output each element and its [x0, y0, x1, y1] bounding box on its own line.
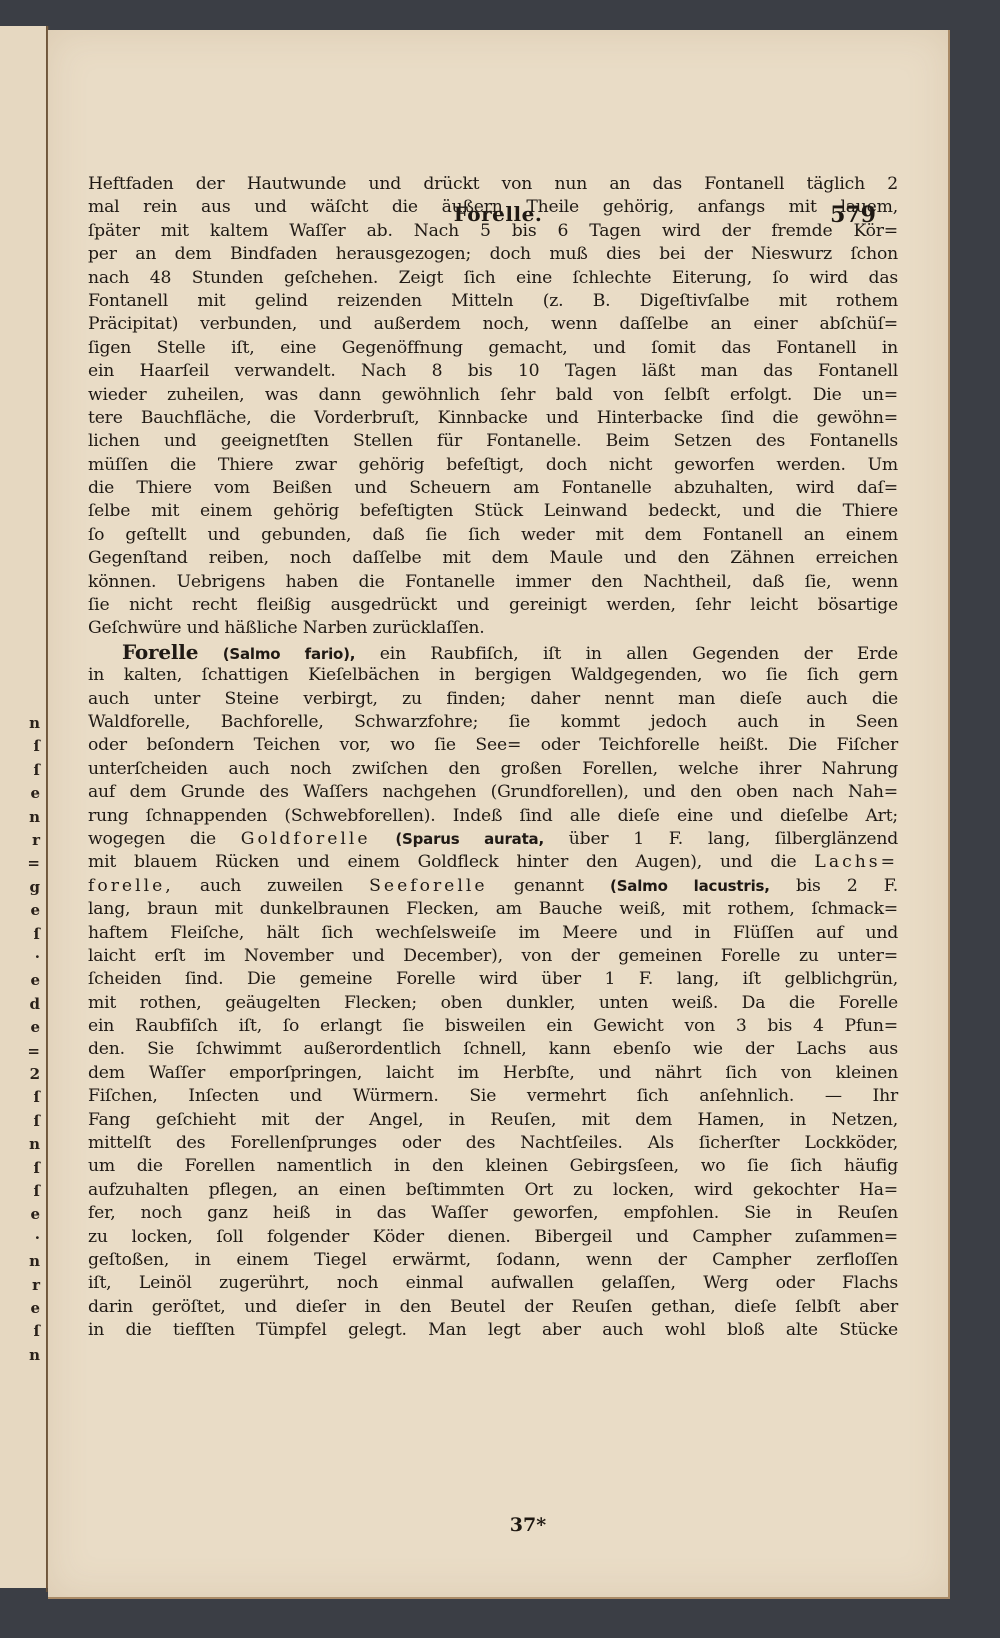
spaced-term: Lachs=	[814, 852, 898, 872]
text-line: Fontanell mit gelind reizenden Mitteln (…	[88, 290, 898, 313]
prev-page-line-fragment: r	[32, 833, 40, 848]
prev-page-line-fragment: n	[29, 1137, 40, 1152]
prev-page-line-fragment: n	[29, 1348, 40, 1363]
prev-page-line-fragment: ſ	[34, 739, 40, 754]
prev-page-line-fragment: n	[29, 1254, 40, 1269]
prev-page-line-fragment: g	[30, 880, 41, 895]
prev-page-line-fragment: ·	[35, 1231, 40, 1246]
spaced-term: Seeforelle	[369, 876, 487, 896]
text-segment: wogegen die	[88, 829, 216, 849]
body-text: Heftfaden der Hautwunde und drückt von n…	[88, 173, 898, 1343]
text-line: die Thiere vom Beißen und Scheuern am Fo…	[88, 477, 898, 500]
prev-page-line-fragment: ſ	[34, 1161, 40, 1176]
text-line: tere Bauchfläche, die Vorderbruſt, Kinnb…	[88, 407, 898, 430]
text-line: oder beſondern Teichen vor, wo ſie See= …	[88, 734, 898, 757]
text-segment: mit blauem Rücken und einem Goldfleck hi…	[88, 852, 797, 872]
text-line: wogegen die Goldforelle (Sparus aurata, …	[88, 828, 898, 851]
prev-page-line-fragment: 2	[30, 1067, 40, 1082]
text-line: darin geröſtet, und dieſer in den Beutel…	[88, 1296, 898, 1319]
text-line: Fiſchen, Inſecten und Würmern. Sie verme…	[88, 1085, 898, 1108]
latin-name: (Sparus aurata,	[395, 830, 544, 848]
text-line: Fang geſchieht mit der Angel, in Reuſen,…	[88, 1109, 898, 1132]
text-line: Heftfaden der Hautwunde und drückt von n…	[88, 173, 898, 196]
text-line: ſigen Stelle iſt, eine Gegenöffnung gema…	[88, 337, 898, 360]
text-segment: bis 2 F.	[796, 876, 898, 896]
text-line: in die tiefſten Tümpfel gelegt. Man legt…	[88, 1319, 898, 1342]
text-line: den. Sie ſchwimmt außerordentlich ſchnel…	[88, 1038, 898, 1061]
text-line: ſo geſtellt und gebunden, daß ſie ſich w…	[88, 524, 898, 547]
prev-page-line-fragment: =	[27, 1044, 40, 1059]
prev-page-line-fragment: e	[30, 1020, 40, 1035]
text-line: wieder zuheilen, was dann gewöhnlich ſeh…	[88, 384, 898, 407]
text-line: unterſcheiden auch noch zwiſchen den gro…	[88, 758, 898, 781]
text-line: ſcheiden ſind. Die gemeine Forelle wird …	[88, 968, 898, 991]
prev-page-line-fragment: n	[29, 716, 40, 731]
text-line: iſt, Leinöl zugerührt, noch einmal aufwa…	[88, 1272, 898, 1295]
prev-page-line-fragment: ſ	[34, 763, 40, 778]
text-line: Geſchwüre und häßliche Narben zurücklaſſ…	[88, 617, 898, 640]
text-line: aufzuhalten pflegen, an einen beſtimmten…	[88, 1179, 898, 1202]
prev-page-line-fragment: =	[27, 856, 40, 871]
text-line: mittelſt des Forellenſprunges oder des N…	[88, 1132, 898, 1155]
prev-page-line-fragment: ·	[35, 950, 40, 965]
text-line: ſpäter mit kaltem Waſſer ab. Nach 5 bis …	[88, 220, 898, 243]
latin-name: (Salmo lacustris,	[610, 877, 770, 895]
text-line: auch unter Steine verbirgt, zu finden; d…	[88, 688, 898, 711]
prev-page-line-fragment: e	[30, 1301, 40, 1316]
text-line: lang, braun mit dunkelbraunen Flecken, a…	[88, 898, 898, 921]
text-line: laicht erſt im November und December), v…	[88, 945, 898, 968]
text-line: zu locken, ſoll folgender Köder dienen. …	[88, 1226, 898, 1249]
text-segment: auch zuweilen	[200, 876, 343, 896]
text-line: ein Raubfiſch iſt, ſo erlangt ſie biswei…	[88, 1015, 898, 1038]
text-line: per an dem Bindfaden herausgezogen; doch…	[88, 243, 898, 266]
text-segment: ein Raubfiſch, iſt in allen Gegenden der…	[380, 644, 898, 664]
prev-page-line-fragment: ſ	[34, 1184, 40, 1199]
signature-mark: 37*	[48, 1514, 978, 1536]
text-line: Waldforelle, Bachforelle, Schwarzfohre; …	[88, 711, 898, 734]
text-line: um die Forellen namentlich in den kleine…	[88, 1155, 898, 1178]
prev-page-line-fragment: ſ	[34, 927, 40, 942]
text-line: dem Waſſer emporſpringen, laicht im Herb…	[88, 1062, 898, 1085]
prev-page-line-fragment: e	[30, 786, 40, 801]
text-line: in kalten, ſchattigen Kieſelbächen in be…	[88, 664, 898, 687]
text-line: können. Uebrigens haben die Fontanelle i…	[88, 571, 898, 594]
prev-page-line-fragment: ſ	[34, 1324, 40, 1339]
previous-page-edge: nſſenr=geſ·ede=2ſſnſſe·nreſn	[0, 26, 48, 1588]
prev-page-line-fragment: d	[30, 997, 41, 1012]
spaced-term: forelle,	[88, 876, 174, 896]
text-segment: über 1 F. lang, ſilberglänzend	[569, 829, 898, 849]
text-line: ſelbe mit einem gehörig befeſtigten Stüc…	[88, 500, 898, 523]
text-line: fer, noch ganz heiß in das Waſſer geworf…	[88, 1202, 898, 1225]
latin-name: (Salmo fario),	[223, 645, 356, 663]
prev-page-line-fragment: e	[30, 903, 40, 918]
text-line: nach 48 Stunden geſchehen. Zeigt ſich ei…	[88, 267, 898, 290]
entry-lemma: Forelle	[122, 640, 198, 664]
text-line: auf dem Grunde des Waſſers nachgehen (Gr…	[88, 781, 898, 804]
text-line: forelle, auch zuweilen Seeforelle genann…	[88, 875, 898, 898]
prev-page-line-fragment: e	[30, 973, 40, 988]
prev-page-line-fragment: n	[29, 810, 40, 825]
entry-heading-line: Forelle (Salmo fario), ein Raubfiſch, iſ…	[88, 641, 898, 664]
text-line: lichen und geeignetſten Stellen für Font…	[88, 430, 898, 453]
prev-page-line-fragment: ſ	[34, 1090, 40, 1105]
prev-page-line-fragment: e	[30, 1207, 40, 1222]
prev-page-line-fragment: r	[32, 1278, 40, 1293]
text-segment: genannt	[514, 876, 584, 896]
text-line: Gegenſtand reiben, noch daſſelbe mit dem…	[88, 547, 898, 570]
spaced-term: Goldforelle	[241, 829, 371, 849]
text-line: rung ſchnappenden (Schwebforellen). Inde…	[88, 805, 898, 828]
text-line: haftem Fleiſche, hält ſich wechſelsweiſe…	[88, 922, 898, 945]
text-line: ſie nicht recht fleißig ausgedrückt und …	[88, 594, 898, 617]
text-line: mit rothen, geäugelten Flecken; oben dun…	[88, 992, 898, 1015]
text-line: müſſen die Thiere zwar gehörig befeſtigt…	[88, 454, 898, 477]
prev-page-line-fragment: ſ	[34, 1114, 40, 1129]
text-line: mal rein aus und wäſcht die äußern Theil…	[88, 196, 898, 219]
book-page: Forelle. 579 Heftfaden der Hautwunde und…	[48, 30, 950, 1599]
text-line: Präcipitat) verbunden, und außerdem noch…	[88, 313, 898, 336]
text-line: geſtoßen, in einem Tiegel erwärmt, ſodan…	[88, 1249, 898, 1272]
text-line: mit blauem Rücken und einem Goldfleck hi…	[88, 851, 898, 874]
text-line: ein Haarſeil verwandelt. Nach 8 bis 10 T…	[88, 360, 898, 383]
